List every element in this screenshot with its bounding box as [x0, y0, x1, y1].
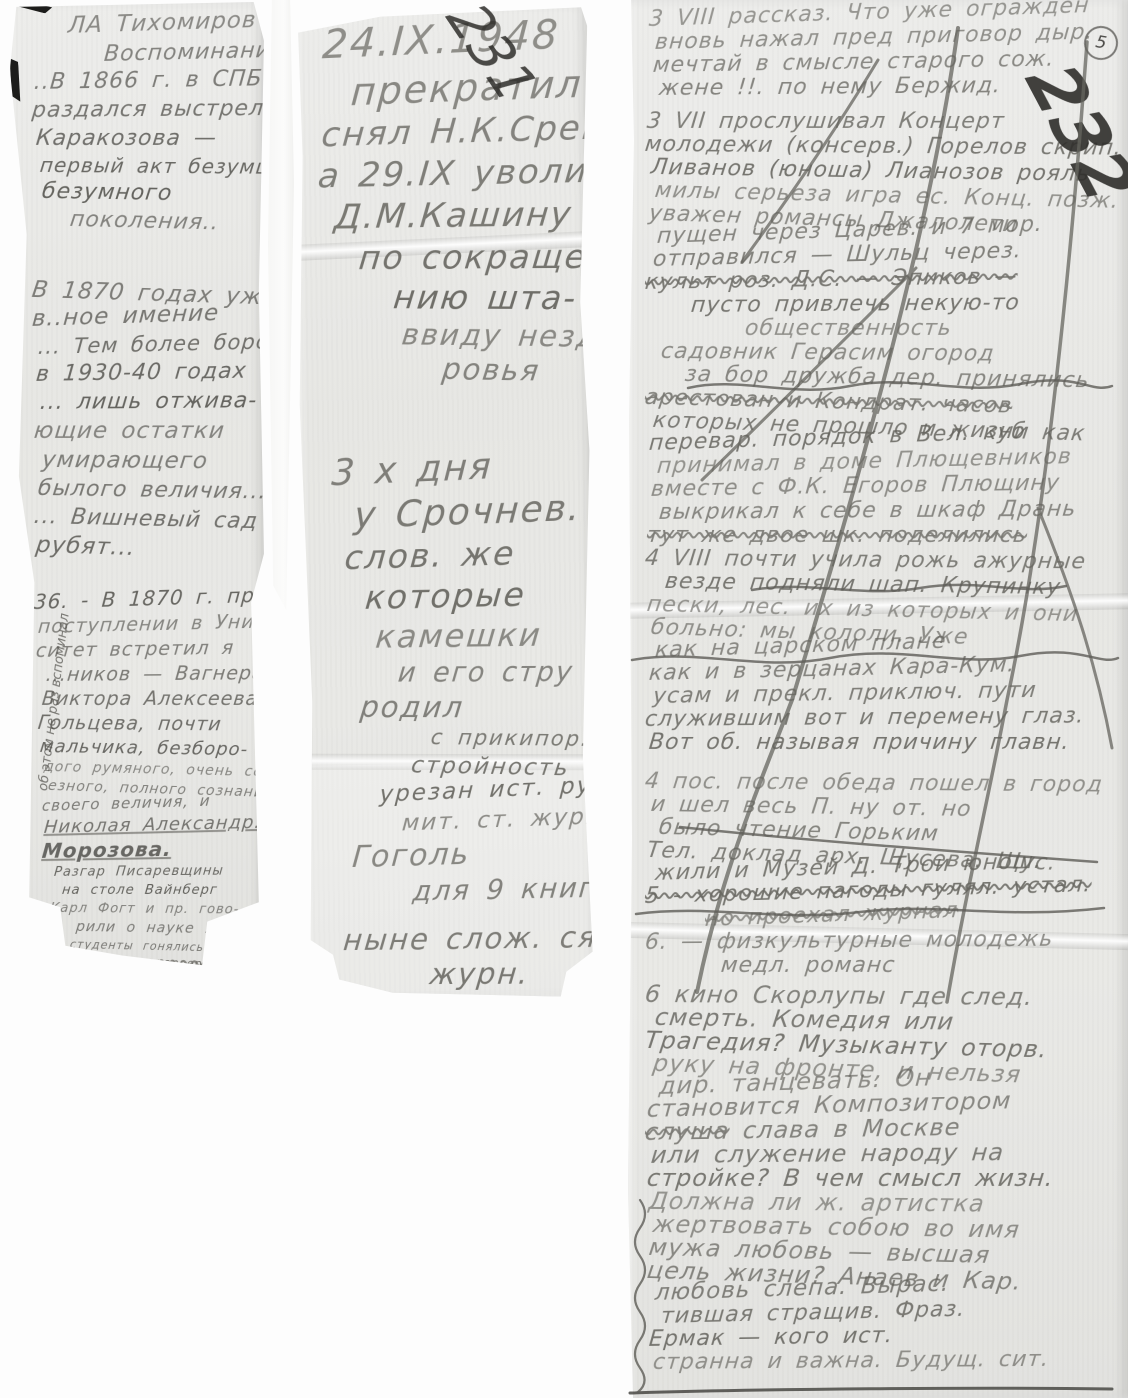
handwritten-line: ющие остатки	[32, 417, 264, 446]
handwritten-line: былого величия...	[36, 475, 264, 507]
handwritten-line: Каракозова —	[35, 125, 264, 153]
handwritten-line: камешки	[374, 615, 599, 657]
handwritten-line: студенты гонялись за	[69, 937, 264, 957]
handwritten-line: слов. же	[343, 531, 599, 579]
handwritten-line: с прикипор.	[429, 724, 599, 753]
handwritten-line: выкрикал к себе в шкаф Дрань	[658, 497, 1128, 524]
scanned-manuscript-page: ЛА ТихомировВоспоминания..В 1866 г. в СП…	[0, 0, 1128, 1398]
handwritten-line: тут же двое шк. поделились	[646, 524, 1128, 547]
handwritten-line: и его стру	[396, 656, 599, 690]
handwritten-line: Карл Фогт и пр. гово-	[49, 900, 264, 920]
handwritten-line: Гоголь	[351, 832, 599, 877]
handwritten-line: Д.М.Кашину	[333, 194, 599, 238]
handwritten-line: Гольцева, почти	[37, 711, 264, 737]
handwritten-line: Вот об. называя причину главн.	[648, 731, 1128, 754]
manuscript-strip-middle: 24.IX.1948прекратилснял Н.К.Срекова 29.I…	[292, 4, 599, 1000]
handwritten-line: служившим вот и перемену глаз.	[644, 704, 1128, 731]
handwritten-line: рубят...	[34, 531, 264, 568]
handwritten-line: снял Н.К.Среков	[320, 107, 599, 156]
handwritten-line: ровья	[440, 352, 599, 390]
handwritten-line: ... Тем более борох	[37, 328, 264, 361]
manuscript-strip-left: ЛА ТихомировВоспоминания..В 1866 г. в СП…	[6, 2, 264, 970]
handwritten-line: странна и важна. Будущ. сит.	[652, 1347, 1128, 1374]
scan-edge-paper-sliver	[268, 0, 294, 610]
handwritten-line: поколения..	[68, 206, 264, 239]
handwritten-line: общественность	[744, 317, 1128, 340]
handwritten-line: на столе Вайнберг	[61, 882, 264, 900]
handwritten-line: юбилеями не карьерой	[53, 952, 264, 970]
handwritten-line: медл. романс	[720, 954, 1128, 977]
handwritten-line: ..В 1866 г. в СПБ	[33, 65, 264, 97]
handwritten-line: раздался выстрел	[31, 95, 264, 125]
handwritten-line: Разгар Писаревщины	[53, 862, 264, 882]
handwritten-line: 6. — физкультурные молодежь	[644, 927, 1128, 954]
handwritten-line: для 9 книг	[411, 871, 599, 908]
handwritten-text-block: ЛА ТихомировВоспоминания..В 1866 г. в СП…	[6, 2, 264, 970]
handwritten-line: по сокраще-	[357, 237, 599, 278]
handwritten-line: шли вообще много...	[47, 959, 264, 970]
handwritten-line: Николая Александр.	[43, 810, 264, 839]
handwritten-line: ныне слож. ся	[342, 920, 599, 958]
manuscript-strip-right: 3 VIII рассказ. Что уже огражденвновь на…	[627, 0, 1128, 1398]
handwritten-line: Виктора Алексеева	[41, 687, 264, 711]
handwritten-line: нию шта-	[391, 278, 599, 319]
handwritten-line: Морозова.	[41, 835, 264, 864]
handwritten-line: в 1930-40 годах	[35, 357, 264, 389]
handwritten-line: пусто привлечь некую-то	[690, 290, 1128, 317]
handwritten-text-block: 24.IX.1948прекратилснял Н.К.Срекова 29.I…	[292, 4, 599, 1000]
handwritten-line: ЛА Тихомиров	[67, 5, 264, 41]
handwritten-line: журн.	[428, 956, 599, 992]
handwritten-line: ...ников — Вагнера	[45, 661, 264, 687]
handwritten-text-block: 3 VIII рассказ. Что уже огражденвновь на…	[627, 0, 1128, 1398]
handwritten-line: или служение народу на	[650, 1140, 1128, 1167]
handwritten-line: умирающего	[40, 446, 264, 477]
handwritten-line: первый акт безумц	[39, 153, 264, 180]
handwritten-line: родил	[359, 690, 599, 726]
handwritten-line: а 29.IX уволили	[316, 151, 599, 198]
handwritten-line: ... лишь отжива-	[39, 387, 264, 417]
handwritten-line: которые	[363, 573, 599, 618]
handwritten-line: у Срочнев.	[353, 486, 599, 538]
handwritten-line: безумного	[40, 178, 264, 210]
handwritten-line: Воспоминания	[103, 37, 264, 69]
handwritten-line: ввиду нездо-	[400, 318, 599, 355]
